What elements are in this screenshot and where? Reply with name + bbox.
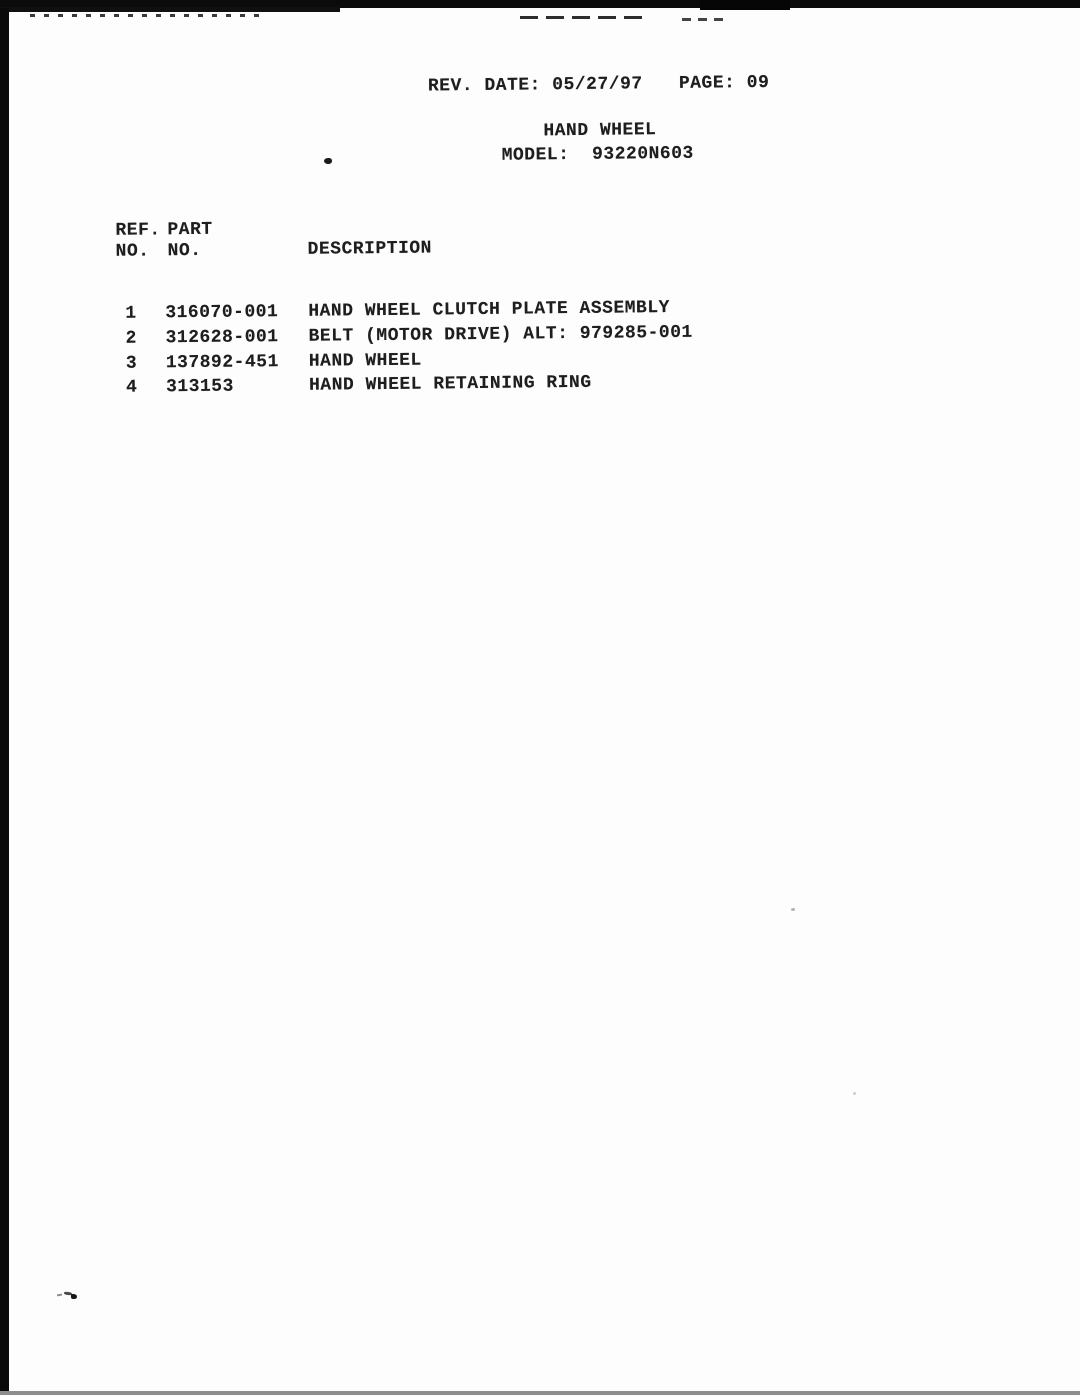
model-number: MODEL: 93220N603 bbox=[502, 145, 694, 166]
description-cell: HAND WHEEL RETAINING RING bbox=[309, 374, 592, 396]
col-header-ref-line2: NO. bbox=[116, 242, 150, 261]
document-title: HAND WHEEL bbox=[543, 121, 656, 141]
part-no-cell: 313153 bbox=[166, 378, 234, 398]
scanned-page: REV. DATE: 05/27/97 PAGE: 09 HAND WHEEL … bbox=[0, 0, 1080, 1397]
part-no-cell: 316070-001 bbox=[165, 303, 278, 323]
description-cell: BELT (MOTOR DRIVE) ALT: 979285-001 bbox=[308, 324, 692, 347]
part-no-cell: 137892-451 bbox=[166, 353, 279, 373]
ref-no-cell: 2 bbox=[125, 330, 137, 349]
rev-date: REV. DATE: 05/27/97 bbox=[428, 75, 643, 96]
ref-no-cell: 4 bbox=[126, 379, 138, 398]
description-cell: HAND WHEEL CLUTCH PLATE ASSEMBLY bbox=[308, 299, 670, 322]
ref-no-cell: 3 bbox=[126, 355, 138, 374]
ref-no-cell: 1 bbox=[125, 305, 137, 324]
col-header-description: DESCRIPTION bbox=[308, 239, 433, 259]
part-no-cell: 312628-001 bbox=[165, 328, 278, 348]
col-header-ref-line1: REF. bbox=[115, 221, 160, 240]
description-cell: HAND WHEEL bbox=[309, 352, 422, 372]
col-header-part-line2: NO. bbox=[168, 242, 202, 261]
page-number: PAGE: 09 bbox=[679, 74, 770, 94]
document-content: REV. DATE: 05/27/97 PAGE: 09 HAND WHEEL … bbox=[0, 0, 1080, 1397]
col-header-part-line1: PART bbox=[167, 221, 212, 240]
